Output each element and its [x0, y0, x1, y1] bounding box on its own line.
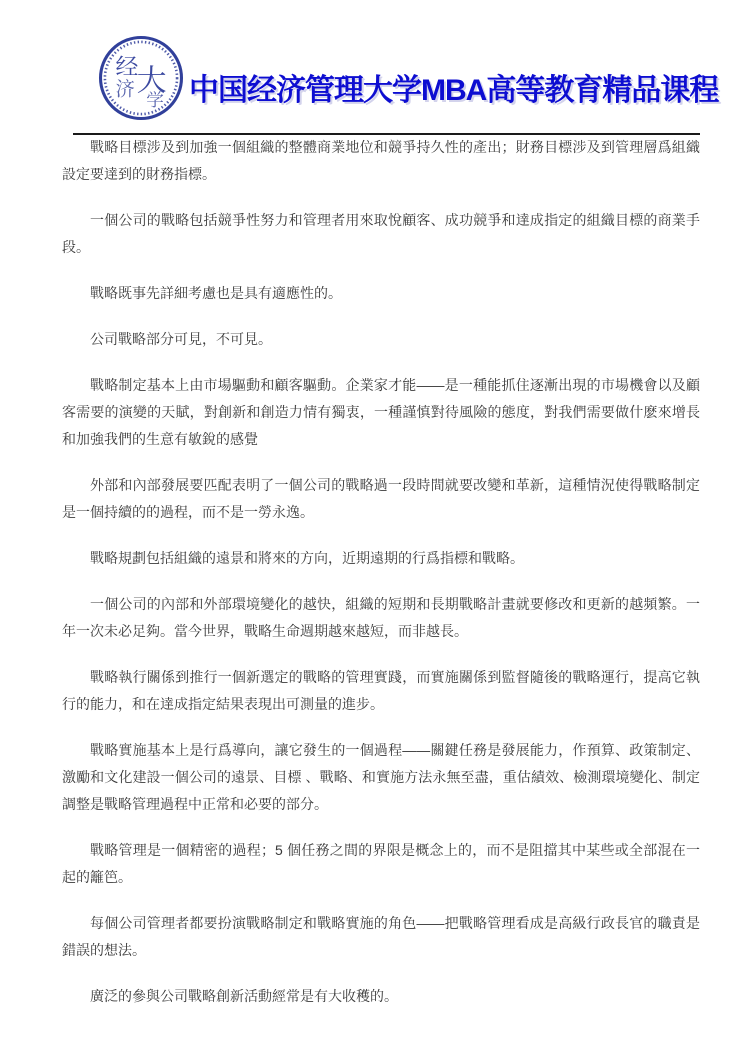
paragraph: 廣泛的參與公司戰略創新活動經常是有大收穫的。 — [62, 983, 700, 1010]
paragraph: 外部和內部發展要匹配表明了一個公司的戰略過一段時間就要改變和革新，這種情況使得戰… — [62, 472, 700, 526]
document-body: 戰略目標涉及到加強一個組織的整體商業地位和競爭持久性的產出；財務目標涉及到管理層… — [62, 134, 700, 1029]
paragraph: 公司戰略部分可見，不可見。 — [62, 326, 700, 353]
paragraph: 戰略規劃包括組織的遠景和將來的方向，近期遠期的行爲指標和戰略。 — [62, 545, 700, 572]
paragraph: 戰略既事先詳細考慮也是具有適應性的。 — [62, 280, 700, 307]
paragraph: 每個公司管理者都要扮演戰略制定和戰略實施的角色——把戰略管理看成是高級行政長官的… — [62, 910, 700, 964]
paragraph: 一個公司的戰略包括競爭性努力和管理者用來取悅顧客、成功競爭和達成指定的組織目標的… — [62, 207, 700, 261]
seal-char: 学 — [146, 90, 164, 110]
university-seal-icon: 经 济 大 学 — [97, 34, 185, 122]
paragraph: 戰略執行關係到推行一個新選定的戰略的管理實踐，而實施關係到監督隨後的戰略運行，提… — [62, 664, 700, 718]
page-header: 经 济 大 学 中国经济管理大学MBA高等教育精品课程 — [97, 34, 718, 122]
paragraph: 一個公司的內部和外部環境變化的越快，組織的短期和長期戰略計畫就要修改和更新的越頻… — [62, 591, 700, 645]
paragraph: 戰略管理是一個精密的過程；5 個任務之間的界限是概念上的，而不是阻擋其中某些或全… — [62, 837, 700, 891]
seal-char: 经 — [115, 53, 138, 79]
paragraph: 戰略實施基本上是行爲導向，讓它發生的一個過程——關鍵任務是發展能力，作預算、政策… — [62, 737, 700, 818]
paragraph: 戰略目標涉及到加強一個組織的整體商業地位和競爭持久性的產出；財務目標涉及到管理層… — [62, 134, 700, 188]
page-title: 中国经济管理大学MBA高等教育精品课程 — [189, 65, 718, 109]
seal-char: 济 — [115, 79, 134, 101]
paragraph: 戰略制定基本上由市場驅動和顧客驅動。企業家才能——是一種能抓住逐漸出現的市場機會… — [62, 372, 700, 453]
